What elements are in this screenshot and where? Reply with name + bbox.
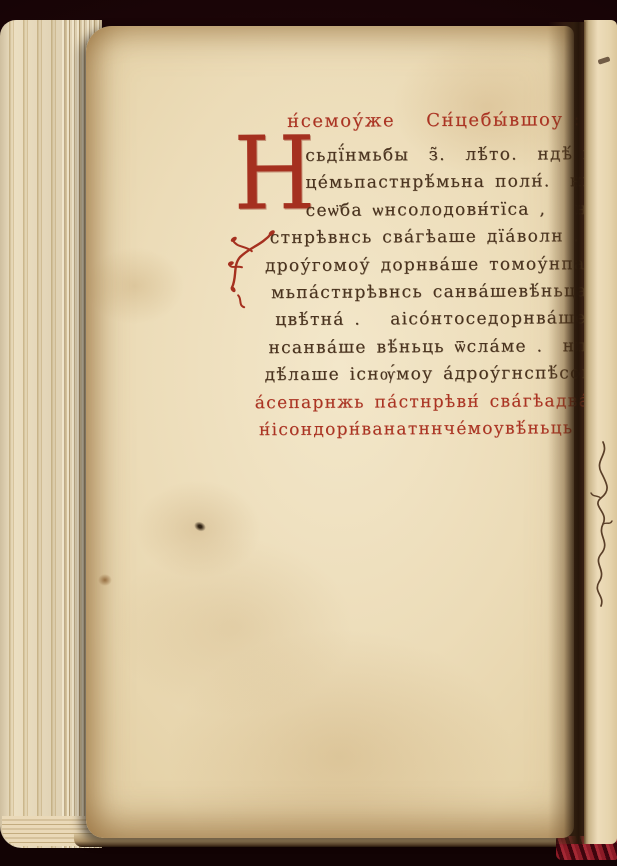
edge-stain — [98, 574, 112, 586]
marginal-pen-trial-icon — [588, 438, 614, 610]
gutter-shadow — [548, 22, 586, 844]
open-book-photo: Н н́семоу́же Сн́цебы́вшоу : сьдї́нмьбы з… — [0, 0, 617, 866]
facing-page-sliver — [584, 20, 617, 844]
manuscript-page: Н н́семоу́же Сн́цебы́вшоу : сьдї́нмьбы з… — [86, 26, 574, 838]
